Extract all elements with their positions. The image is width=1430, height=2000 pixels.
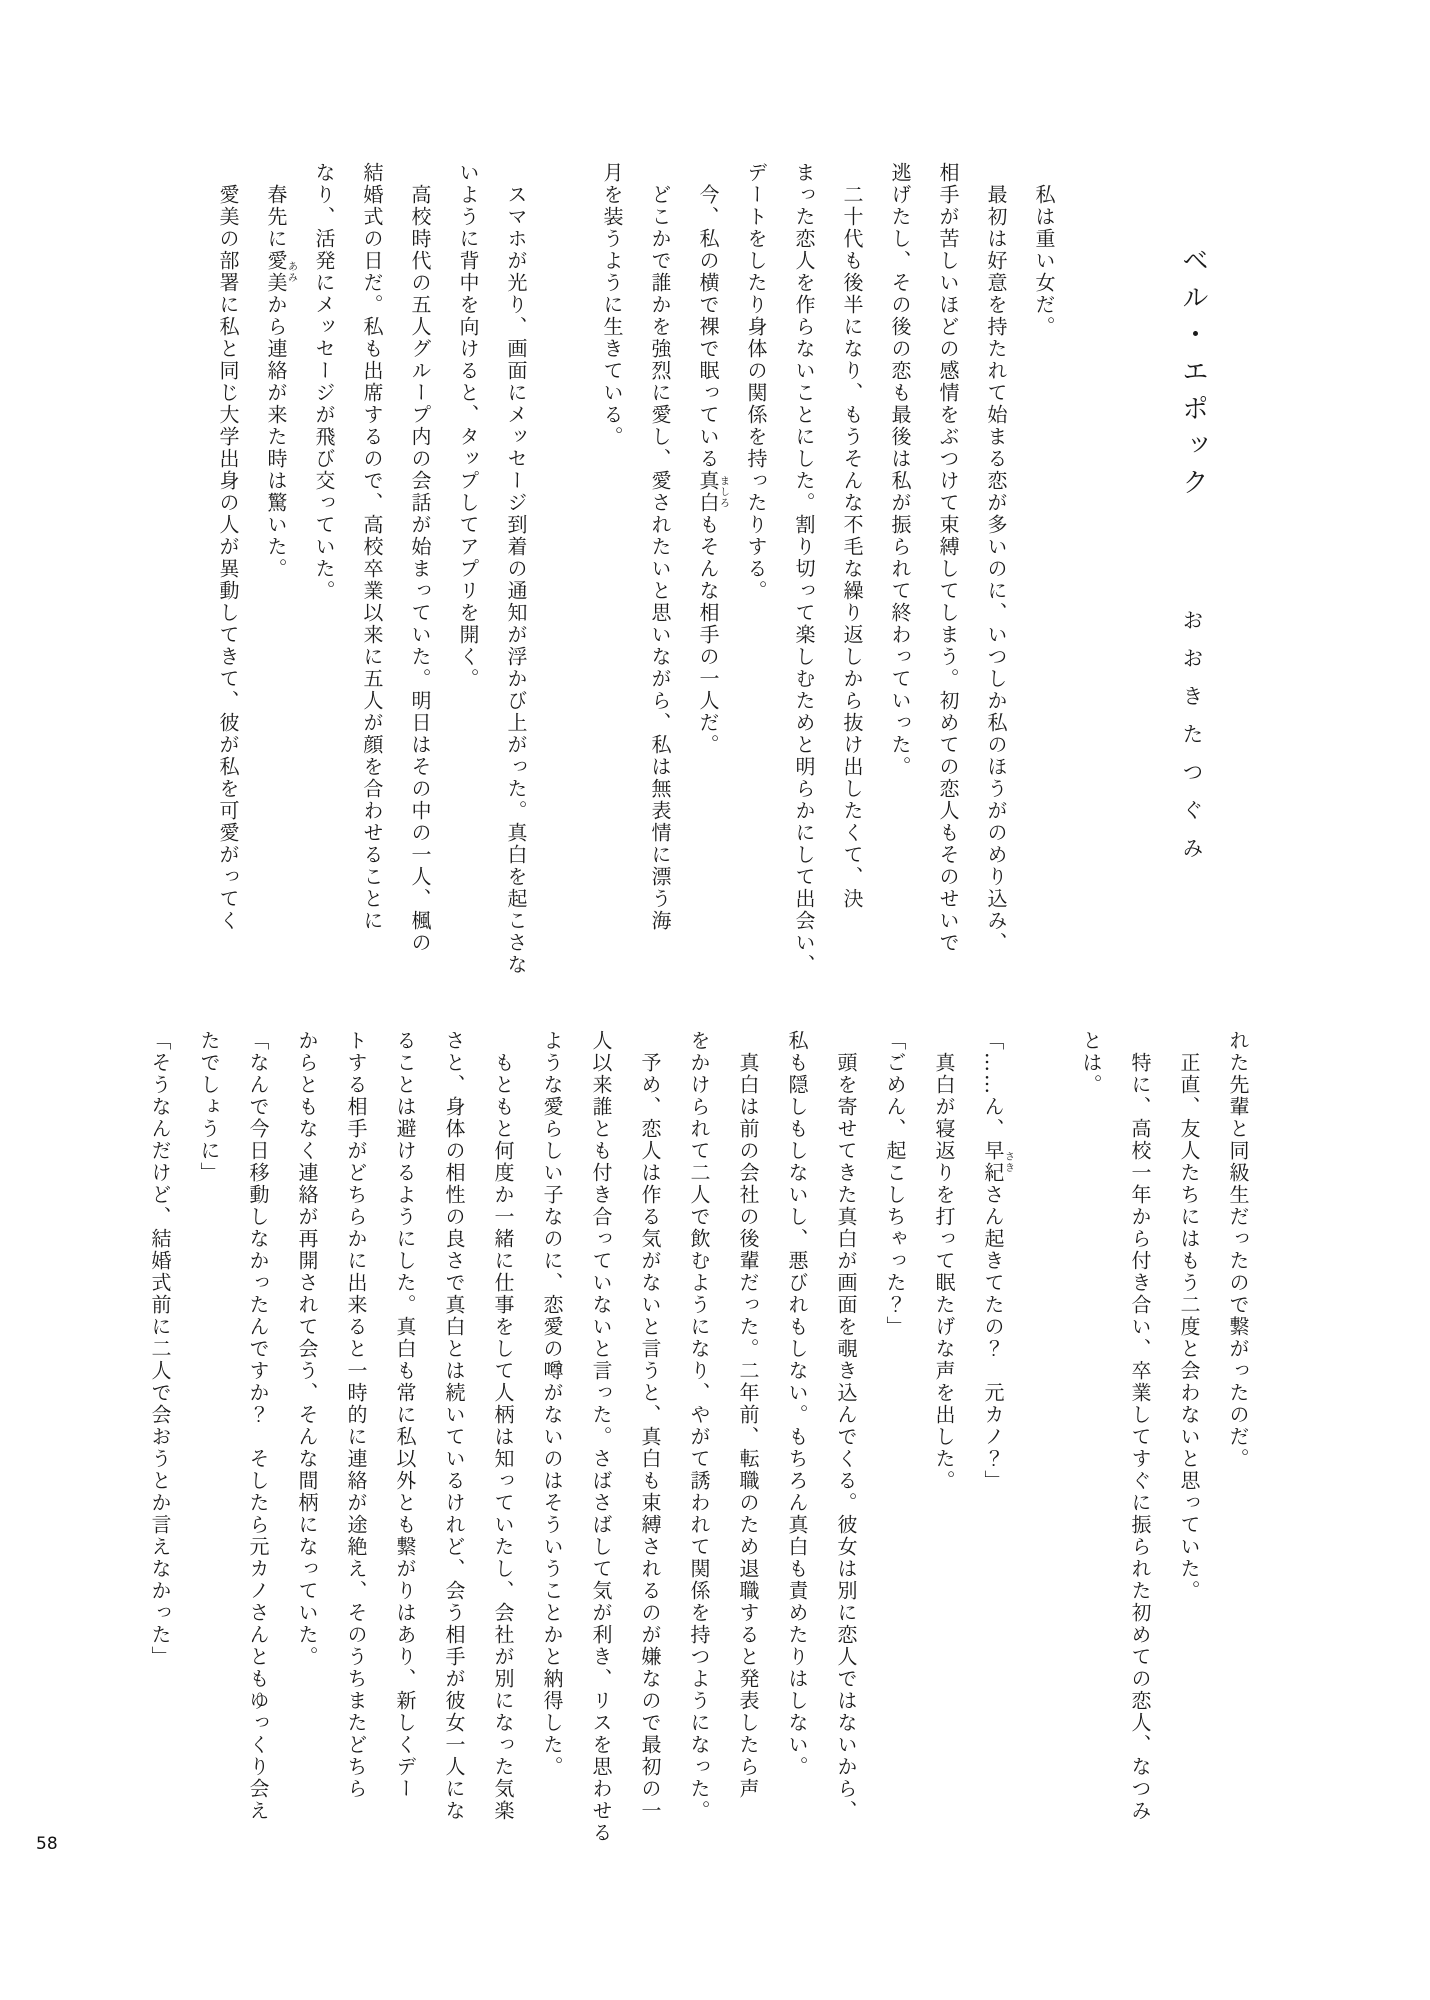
page-number: 58 (36, 1834, 58, 1854)
text-line (540, 162, 588, 974)
text-line: まった恋人を作らないことにした。割り切って楽しむためと明らかにして出会い、 (780, 162, 828, 974)
text-line: 正直、友人たちにはもう二度と会わないと思っていた。 (1164, 1030, 1213, 1822)
text-line (1017, 1030, 1066, 1822)
text-line: 二十代も後半になり、もうそんな不毛な繰り返しから抜け出したくて、決 (828, 162, 876, 974)
text-line: 「ごめん、起こしちゃった？」 (870, 1030, 919, 1822)
text-line: どこかで誰かを強烈に愛し、愛されたいと思いながら、私は無表情に漂う海 (636, 162, 684, 974)
text-line: なり、活発にメッセージが飛び交っていた。 (300, 162, 348, 974)
text-line: 予め、恋人は作る気がないと言うと、真白も束縛されるのが嫌なので最初の一 (625, 1030, 674, 1822)
text-line: たでしょうに」 (184, 1030, 233, 1822)
text-line: 頭を寄せてきた真白が画面を覗き込んでくる。彼女は別に恋人ではないから、 (821, 1030, 870, 1822)
text-line: 私も隠しもしないし、悪びれもしない。もちろん真白も責めたりはしない。 (772, 1030, 821, 1822)
story-title: ベル・エポック (1177, 246, 1208, 505)
text-line: 結婚式の日だ。私も出席するので、高校卒業以来に五人が顔を合わせることに (348, 162, 396, 974)
text-line: 愛美の部署に私と同じ大学出身の人が異動してきて、彼が私を可愛がってく (204, 162, 252, 974)
text-line: 春先に愛美あみから連絡が来た時は驚いた。 (252, 162, 300, 974)
text-line: 月を装うように生きている。 (588, 162, 636, 974)
text-line: 相手が苦しいほどの感情をぶつけて束縛してしまう。初めての恋人もそのせいで (924, 162, 972, 974)
text-band-upper: 私は重い女だ。 最初は好意を持たれて始まる恋が多いのに、いつしか私のほうがのめり… (204, 162, 1068, 974)
text-line: 特に、高校一年から付き合い、卒業してすぐに振られた初めての恋人、なつみ (1115, 1030, 1164, 1822)
text-line: れた先輩と同級生だったので繋がったのだ。 (1213, 1030, 1262, 1822)
text-line: 「……ん、早紀さきさん起きてたの？ 元カノ？」 (968, 1030, 1017, 1822)
text-line: をかけられて二人で飲むようになり、やがて誘われて関係を持つようになった。 (674, 1030, 723, 1822)
text-line: とは。 (1066, 1030, 1115, 1822)
text-line: 私は重い女だ。 (1020, 162, 1068, 974)
text-line: からともなく連絡が再開されて会う、そんな間柄になっていた。 (282, 1030, 331, 1822)
text-line: 真白が寝返りを打って眠たげな声を出した。 (919, 1030, 968, 1822)
text-line: デートをしたり身体の関係を持ったりする。 (732, 162, 780, 974)
title-column: ベル・エポックおおきたつぐみ (1170, 162, 1214, 1058)
text-line: 逃げたし、その後の恋も最後は私が振られて終わっていった。 (876, 162, 924, 974)
text-line: スマホが光り、画面にメッセージ到着の通知が浮かび上がった。真白を起こさな (492, 162, 540, 974)
text-line: 「なんで今日移動しなかったんですか？ そしたら元カノさんともゆっくり会え (233, 1030, 282, 1822)
text-line: トする相手がどちらかに出来ると一時的に連絡が途絶え、そのうちまたどちら (331, 1030, 380, 1822)
text-line: いように背中を向けると、タップしてアプリを開く。 (444, 162, 492, 974)
text-line: ることは避けるようにした。真白も常に私以外とも繋がりはあり、新しくデー (380, 1030, 429, 1822)
text-line: ような愛らしい子なのに、恋愛の噂がないのはそういうことかと納得した。 (527, 1030, 576, 1822)
text-band-lower: れた先輩と同級生だったので繋がったのだ。 正直、友人たちにはもう二度と会わないと… (135, 1030, 1262, 1822)
text-line: 人以来誰とも付き合っていないと言った。さばさばして気が利き、リスを思わせる (576, 1030, 625, 1822)
text-line: 最初は好意を持たれて始まる恋が多いのに、いつしか私のほうがのめり込み、 (972, 162, 1020, 974)
text-line: 真白は前の会社の後輩だった。二年前、転職のため退職すると発表したら声 (723, 1030, 772, 1822)
text-line: 高校時代の五人グループ内の会話が始まっていた。明日はその中の一人、楓の (396, 162, 444, 974)
book-page: ベル・エポックおおきたつぐみ 私は重い女だ。 最初は好意を持たれて始まる恋が多い… (0, 0, 1430, 2000)
text-line: さと、身体の相性の良さで真白とは続いているけれど、会う相手が彼女一人にな (429, 1030, 478, 1822)
text-line: もともと何度か一緒に仕事をして人柄は知っていたし、会社が別になった気楽 (478, 1030, 527, 1822)
text-line: 今、私の横で裸で眠っている真白ましろもそんな相手の一人だ。 (684, 162, 732, 974)
text-line: 「そうなんだけど、結婚式前に二人で会おうとか言えなかった」 (135, 1030, 184, 1822)
story-author: おおきたつぐみ (1180, 609, 1204, 875)
